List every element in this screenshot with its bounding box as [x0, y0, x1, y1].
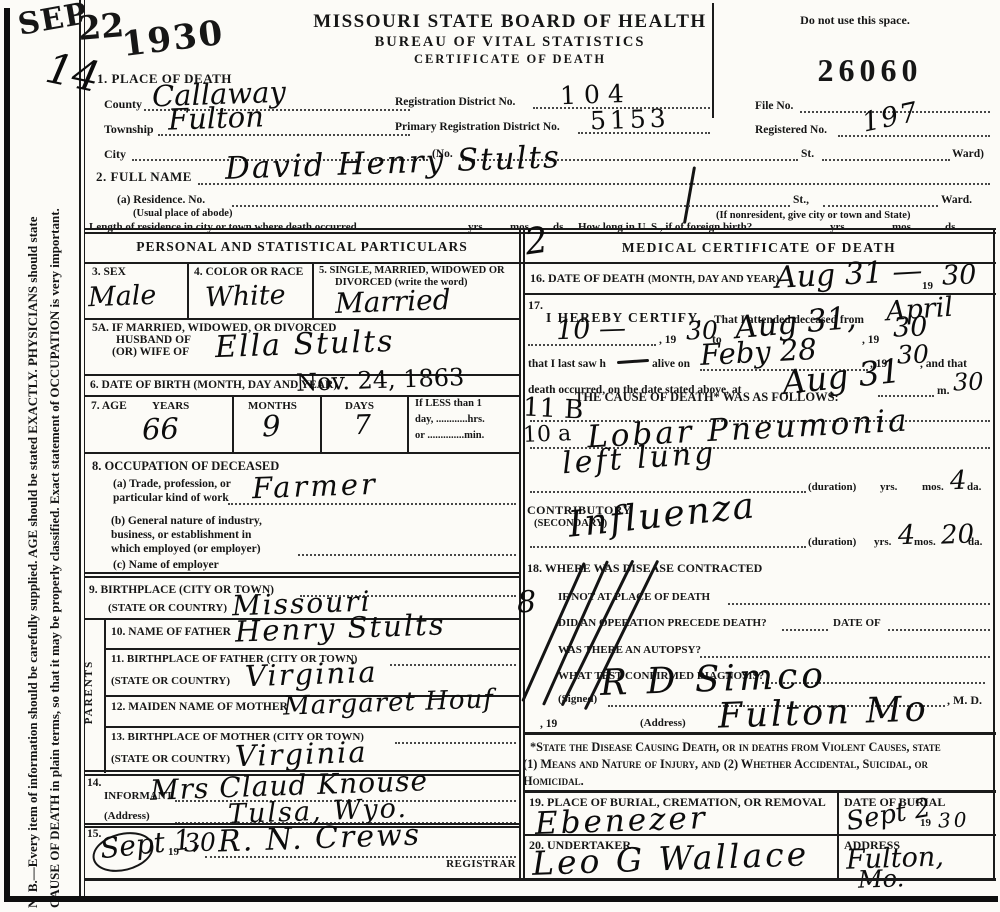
form-subtitle2: CERTIFICATE OF DEATH [300, 53, 720, 66]
stamp-year: 1930 [120, 16, 226, 64]
footnote-line1: *State the Disease Causing Death, or in … [530, 741, 941, 754]
mother-bp-leader [395, 742, 516, 744]
occurred-leader [878, 395, 934, 397]
dod-19: 19 [922, 281, 933, 293]
margin-note-line1: N. B.—Every item of information should b… [22, 186, 44, 908]
dob-value: Nov. 24, 1863 [296, 365, 465, 395]
scan-bottom-bar [4, 896, 998, 902]
death-certificate-sheet: N. B.—Every item of information should b… [0, 0, 1000, 912]
form-left-border-outer [79, 0, 81, 896]
dod-year: 30 [942, 261, 977, 289]
certify-no: 17. [528, 299, 543, 312]
residence-leader [232, 205, 790, 207]
rule-under-sex-row [85, 318, 519, 320]
q18-line3: WAS THERE AN AUTOPSY? [558, 645, 701, 657]
filed-year-value: 30 [184, 829, 217, 855]
cause-da-label: da. [967, 482, 981, 494]
registered-no-leader [838, 135, 990, 137]
burial-19: 19 [920, 818, 931, 830]
cause-code-2: 10 a [523, 423, 572, 447]
residence-ward-label: Ward. [941, 194, 972, 206]
q18-leader2 [782, 629, 828, 631]
occupation-a1: (a) Trade, profession, or [113, 478, 231, 490]
nonresident-note: (If nonresident, give city or town and S… [716, 210, 910, 221]
registered-no-label: Registered No. [755, 124, 827, 136]
stamp-day: 22 [77, 8, 126, 47]
informant-address-label: (Address) [104, 811, 150, 823]
registrar-signature: R. N. Crews [218, 820, 422, 857]
lastsaw-label: that I last saw h [528, 358, 606, 370]
occupation-b2: business, or establishment in [111, 529, 251, 541]
age-less-line1: If LESS than 1 [415, 398, 482, 409]
column-divider-1 [519, 228, 521, 878]
marital-value: Married [335, 286, 452, 318]
rule-above-burial [523, 790, 996, 793]
q18-leader1 [728, 603, 990, 605]
township-label: Township [104, 123, 154, 136]
primary-district-value: 5153 [590, 106, 670, 134]
cause-duration-leader [530, 491, 806, 493]
occupation-b1: (b) General nature of industry, [111, 515, 262, 527]
occupation-b-leader [298, 554, 516, 556]
occupation-a2: particular kind of work [113, 492, 229, 504]
right-border [993, 228, 995, 878]
spouse-value: Ella Stults [215, 327, 395, 363]
race-marital-divider [312, 262, 314, 318]
sex-value: Male [88, 282, 157, 311]
mother-bp-sub: (STATE OR COUNTRY) [111, 754, 230, 766]
attended-from-day: 10 — [556, 315, 627, 344]
physician-address: Fulton Mo [717, 692, 929, 734]
dod-sub: (MONTH, DAY AND YEAR) [648, 274, 779, 285]
stamp-number-handwritten: 14 [42, 47, 103, 99]
age-years-value: 66 [142, 414, 180, 444]
form-subtitle: BUREAU OF VITAL STATISTICS [300, 35, 720, 50]
marital-label-1: 5. SINGLE, MARRIED, WIDOWED OR [319, 265, 505, 276]
primary-district-label: Primary Registration District No. [395, 121, 560, 133]
registrar-label: REGISTRAR [430, 859, 516, 871]
occurred-time: 30 [953, 369, 984, 394]
margin-note: N. B.—Every item of information should b… [22, 186, 66, 908]
lastsaw-scribble [617, 359, 649, 364]
rule-under-occ-1 [85, 572, 519, 574]
father-value: Henry Stults [235, 610, 446, 646]
age-less-line2: day, ............hrs. [415, 414, 485, 425]
attended-to-year: 30 [893, 313, 928, 341]
city-st-label: St. [801, 148, 814, 160]
age-div-2 [320, 395, 322, 452]
age-div-1 [232, 395, 234, 452]
age-less-line3: or ..............min. [415, 430, 484, 441]
occurred-m-label: m. [937, 385, 949, 397]
contrib-yrs-label: yrs. [874, 537, 891, 549]
cause-yrs-label: yrs. [880, 482, 897, 494]
alive-label: alive on [652, 358, 690, 370]
residence-st-label: St., [793, 194, 809, 206]
county-label: County [104, 98, 142, 111]
father-bp-sub: (STATE OR COUNTRY) [111, 676, 230, 688]
father-bp-leader [390, 664, 516, 666]
rule-under-father [104, 648, 519, 650]
contrib-months-value: 4 [898, 522, 916, 550]
rule-under-age [85, 452, 519, 454]
birthplace-sub: (STATE OR COUNTRY) [108, 603, 227, 615]
city-ward-label: Ward) [952, 148, 984, 160]
dod-value: Aug 31 — [774, 256, 923, 294]
reg-district-label: Registration District No. [395, 96, 515, 108]
registered-no-value: 197 [860, 98, 922, 136]
sign-19-label: , 19 [540, 718, 557, 730]
certificate-number: 26060 [780, 54, 960, 88]
medical-title: MEDICAL CERTIFICATE OF DEATH [523, 241, 995, 255]
footnote-line3: Homicidal. [523, 775, 584, 788]
mother-label: 12. MAIDEN NAME OF MOTHER [111, 701, 288, 713]
parents-label: PARENTS [83, 622, 95, 762]
operation-mark: 8 [516, 588, 536, 619]
contrib-duration-label: (duration) [808, 537, 856, 549]
informant-no: 14. [87, 777, 101, 789]
township-value: Fulton [168, 102, 265, 134]
sex-race-divider [187, 262, 189, 318]
city-st-leader [822, 159, 950, 161]
contributory-value: Influenza [567, 488, 758, 543]
sign-address-label: (Address) [640, 718, 686, 730]
q18-leader3 [888, 629, 990, 631]
margin-note-line2: CAUSE OF DEATH in plain terms, so that i… [44, 186, 66, 908]
sex-label: 3. SEX [92, 266, 126, 278]
full-name-label: 2. FULL NAME [96, 170, 192, 184]
certify-19a: , 19 [659, 334, 676, 346]
spouse-label-2: HUSBAND OF [116, 334, 191, 346]
city-label: City [104, 148, 126, 161]
residence-st-leader [823, 205, 938, 207]
form-title: MISSOURI STATE BOARD OF HEALTH [300, 12, 720, 32]
scan-edge-bar [4, 8, 10, 898]
rule-bottom-boxes [85, 878, 996, 881]
file-no-label: File No. [755, 100, 793, 112]
rule-under-mother [104, 726, 519, 728]
dod-label: 16. DATE OF DEATH [530, 272, 644, 285]
abode-note: (Usual place of abode) [133, 208, 232, 219]
cause-label: THE CAUSE OF DEATH* WAS AS FOLLOWS: [575, 391, 839, 404]
age-days-value: 7 [354, 412, 372, 440]
q18-line2: DID AN OPERATION PRECEDE DEATH? [558, 618, 767, 630]
occupation-value: Farmer [252, 470, 379, 503]
father-bp-value: Virginia [245, 658, 379, 692]
age-div-3 [407, 395, 409, 452]
rule-above-footnote [523, 732, 996, 735]
cause-mos-label: mos. [922, 482, 944, 494]
undertaker-value: Leo G Wallace [532, 837, 810, 880]
contrib-mos-label: mos. [914, 537, 936, 549]
personal-title: PERSONAL AND STATISTICAL PARTICULARS [85, 240, 519, 254]
q18-dateof-label: DATE OF [833, 618, 881, 630]
q18-line1: IF NOT AT PLACE OF DEATH [558, 592, 710, 604]
cause-value-line2: left lung [561, 439, 717, 480]
rule-under-occ-2 [85, 576, 519, 578]
occupation-c: (c) Name of employer [113, 559, 219, 571]
spouse-label-3: (OR) WIFE OF [112, 346, 189, 358]
cause-days-value: 4 [950, 468, 967, 495]
contrib-duration-leader [530, 546, 806, 548]
age-months-value: 9 [261, 412, 280, 442]
certify-19b: , 19 [862, 334, 879, 346]
cause-duration-label: (duration) [808, 482, 856, 494]
reg-district-value: 104 [560, 81, 633, 108]
contrib-da-label: da. [968, 537, 982, 549]
q18-label: 18. WHERE WAS DISEASE CONTRACTED [527, 562, 762, 575]
residence-label: (a) Residence. No. [117, 194, 205, 206]
mother-value: Margaret Houf [283, 686, 495, 719]
filed-19: 19 [168, 847, 179, 859]
pen-scribble [683, 166, 696, 224]
race-label: 4. COLOR OR RACE [194, 266, 303, 278]
burial-year: 30 [938, 809, 970, 830]
full-name-value: David Henry Stults [225, 142, 562, 185]
age-label: 7. AGE [91, 400, 127, 412]
father-label: 10. NAME OF FATHER [111, 626, 231, 638]
footnote-line2: (1) Means and Nature of Injury, and (2) … [523, 758, 928, 771]
occupation-b3: which employed (or employer) [111, 543, 261, 555]
md-label: , M. D. [947, 694, 982, 707]
race-value: White [205, 282, 287, 312]
do-not-use-label: Do not use this space. [765, 14, 945, 27]
